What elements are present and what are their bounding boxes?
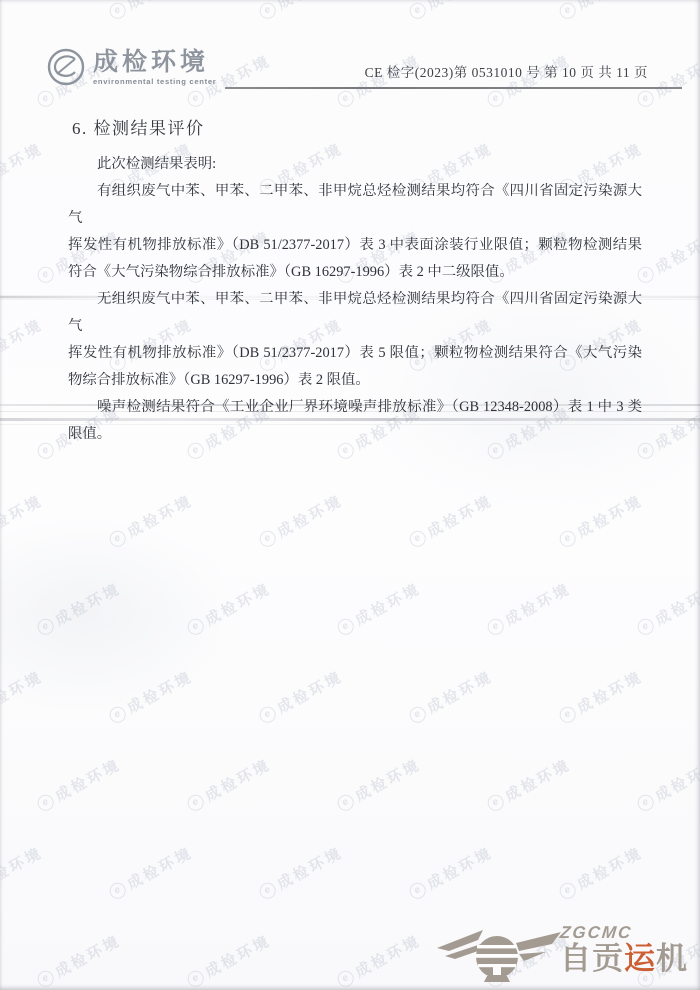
watermark-text: 成检环境 (273, 490, 346, 542)
scanned-report-page: e成检环境e成检环境e成检环境e成检环境e成检环境e成检环境e成检环境e成检环境… (0, 0, 700, 990)
watermark: e成检环境 (33, 930, 124, 990)
watermark-text: 成检环境 (0, 490, 47, 542)
watermark: e成检环境 (483, 754, 574, 816)
watermark-logo-icon: e (335, 968, 357, 990)
watermark-logo-icon: e (35, 616, 57, 638)
watermark-text: 成检环境 (123, 0, 196, 14)
watermark: e成检环境 (105, 0, 196, 23)
watermark-text: 成检环境 (0, 0, 47, 14)
watermark-text: 成检环境 (651, 226, 700, 278)
watermark-text: 成检环境 (351, 578, 424, 630)
watermark: e成检环境 (105, 666, 196, 728)
watermark: e成检环境 (183, 578, 274, 640)
logo-text-block: 成检环境 environmental testing center (93, 49, 216, 86)
watermark-logo-icon: e (257, 528, 279, 550)
watermark-logo-icon: e (35, 440, 57, 462)
watermark: e成检环境 (0, 314, 47, 376)
watermark: e成检环境 (0, 138, 47, 200)
watermark-text: 成检环境 (423, 842, 496, 894)
watermark: e成检环境 (0, 666, 47, 728)
watermark: e成检环境 (555, 490, 646, 552)
footer-name-accent: 运 (624, 941, 656, 976)
watermark-logo-icon: e (335, 792, 357, 814)
watermark-logo-icon: e (35, 88, 57, 110)
watermark-text: 成检环境 (0, 138, 47, 190)
watermark: e成检环境 (555, 842, 646, 904)
footer-name-suffix: 机 (656, 941, 688, 976)
body-text-line: 噪声检测结果符合《工业企业厂界环境噪声排放标准》（GB 12348-2008）表… (68, 394, 642, 421)
watermark-text: 成检环境 (123, 490, 196, 542)
body-text-line: 有组织废气中苯、甲苯、二甲苯、非甲烷总烃检测结果均符合《四川省固定污染源大气 (68, 178, 642, 232)
watermark-text: 成检环境 (651, 402, 700, 454)
watermark-text: 成检环境 (123, 666, 196, 718)
logo-leaf-circle-icon (46, 47, 86, 87)
watermark-text: 成检环境 (0, 666, 47, 718)
watermark-logo-icon: e (407, 528, 429, 550)
watermark-logo-icon: e (185, 968, 207, 990)
zgcmc-footer-logo: ZGCMC 自贡运机 (436, 924, 698, 988)
watermark-logo-icon: e (557, 0, 579, 21)
watermark-logo-icon: e (407, 880, 429, 902)
watermark: e成检环境 (255, 490, 346, 552)
watermark: e成检环境 (0, 0, 47, 23)
footer-logo-text: ZGCMC 自贡运机 (560, 924, 688, 975)
watermark: e成检环境 (555, 0, 646, 23)
watermark-text: 成检环境 (273, 666, 346, 718)
watermark-text: 成检环境 (573, 666, 646, 718)
watermark: e成检环境 (183, 930, 274, 990)
company-logo: 成检环境 environmental testing center (46, 47, 216, 87)
watermark-logo-icon: e (107, 704, 129, 726)
watermark: e成检环境 (0, 490, 47, 552)
body-text-line: 物综合排放标准》（GB 16297-1996）表 2 限值。 (68, 367, 642, 394)
watermark-text: 成检环境 (51, 930, 124, 982)
watermark-logo-icon: e (407, 0, 429, 21)
logo-english-name: environmental testing center (93, 77, 216, 86)
watermark-logo-icon: e (557, 880, 579, 902)
watermark-text: 成检环境 (51, 754, 124, 806)
watermark-logo-icon: e (407, 704, 429, 726)
watermark-text: 成检环境 (573, 0, 646, 14)
watermark-text: 成检环境 (651, 578, 700, 630)
watermark-text: 成检环境 (351, 930, 424, 982)
report-number-and-page: CE 检字(2023)第 0531010 号 第 10 页 共 11 页 (365, 61, 648, 81)
watermark: e成检环境 (0, 842, 47, 904)
watermark-logo-icon: e (335, 616, 357, 638)
watermark-logo-icon: e (485, 88, 507, 110)
watermark-logo-icon: e (35, 968, 57, 990)
watermark-logo-icon: e (485, 616, 507, 638)
watermark: e成检环境 (405, 0, 496, 23)
watermark-logo-icon: e (635, 88, 657, 110)
watermark: e成检环境 (483, 578, 574, 640)
watermark-logo-icon: e (335, 88, 357, 110)
watermark: e成检环境 (405, 666, 496, 728)
watermark-logo-icon: e (35, 264, 57, 286)
watermark-logo-icon: e (557, 528, 579, 550)
watermark: e成检环境 (255, 666, 346, 728)
watermark: e成检环境 (333, 578, 424, 640)
watermark-logo-icon: e (557, 704, 579, 726)
watermark-text: 成检环境 (573, 490, 646, 542)
body-text-line: 符合《大气污染物综合排放标准》（GB 16297-1996）表 2 中二级限值。 (68, 259, 642, 286)
watermark-text: 成检环境 (123, 842, 196, 894)
watermark-text: 成检环境 (651, 754, 700, 806)
watermark-logo-icon: e (257, 880, 279, 902)
footer-logo-acronym: ZGCMC (559, 924, 689, 942)
body-text-line: 无组织废气中苯、甲苯、二甲苯、非甲烷总烃检测结果均符合《四川省固定污染源大气 (68, 286, 642, 340)
watermark: e成检环境 (183, 754, 274, 816)
watermark-text: 成检环境 (201, 578, 274, 630)
watermark-text: 成检环境 (501, 578, 574, 630)
watermark: e成检环境 (333, 930, 424, 990)
watermark-text: 成检环境 (423, 0, 496, 14)
watermark-text: 成检环境 (423, 666, 496, 718)
watermark-text: 成检环境 (273, 842, 346, 894)
winged-winch-emblem-icon (436, 924, 562, 986)
watermark-logo-icon: e (257, 704, 279, 726)
watermark-text: 成检环境 (351, 754, 424, 806)
watermark: e成检环境 (555, 666, 646, 728)
watermark-text: 成检环境 (0, 314, 47, 366)
body-text-line: 挥发性有机物排放标准》（DB 51/2377-2017）表 5 限值；颗粒物检测… (68, 340, 642, 367)
watermark-logo-icon: e (107, 880, 129, 902)
watermark-logo-icon: e (185, 88, 207, 110)
watermark: e成检环境 (333, 754, 424, 816)
watermark: e成检环境 (405, 842, 496, 904)
watermark-text: 成检环境 (0, 842, 47, 894)
watermark-layer: e成检环境e成检环境e成检环境e成检环境e成检环境e成检环境e成检环境e成检环境… (0, 0, 700, 990)
body-text-line: 此次检测结果表明: (68, 151, 642, 178)
watermark-text: 成检环境 (201, 930, 274, 982)
watermark: e成检环境 (633, 578, 700, 640)
watermark: e成检环境 (633, 402, 700, 464)
body-text-line: 挥发性有机物排放标准》（DB 51/2377-2017）表 3 中表面涂装行业限… (68, 232, 642, 259)
footer-logo-chinese-name: 自贡运机 (560, 942, 688, 975)
watermark: e成检环境 (105, 490, 196, 552)
watermark: e成检环境 (633, 226, 700, 288)
watermark-logo-icon: e (185, 792, 207, 814)
watermark-logo-icon: e (485, 792, 507, 814)
watermark-logo-icon: e (257, 0, 279, 21)
watermark: e成检环境 (33, 754, 124, 816)
report-text-block: 此次检测结果表明:有组织废气中苯、甲苯、二甲苯、非甲烷总烃检测结果均符合《四川省… (68, 151, 642, 448)
watermark: e成检环境 (33, 578, 124, 640)
watermark: e成检环境 (633, 754, 700, 816)
watermark-text: 成检环境 (651, 50, 700, 102)
watermark-text: 成检环境 (201, 754, 274, 806)
watermark-logo-icon: e (635, 616, 657, 638)
watermark-logo-icon: e (185, 616, 207, 638)
watermark: e成检环境 (255, 842, 346, 904)
watermark-logo-icon: e (635, 792, 657, 814)
watermark-text: 成检环境 (501, 754, 574, 806)
watermark: e成检环境 (405, 490, 496, 552)
watermark-text: 成检环境 (273, 0, 346, 14)
watermark-logo-icon: e (35, 792, 57, 814)
footer-name-prefix: 自贡 (560, 941, 624, 976)
watermark-logo-icon: e (107, 528, 129, 550)
watermark-logo-icon: e (107, 0, 129, 21)
watermark: e成检环境 (105, 842, 196, 904)
section-title: 6. 检测结果评价 (72, 114, 205, 139)
watermark: e成检环境 (255, 0, 346, 23)
watermark-text: 成检环境 (51, 578, 124, 630)
logo-chinese-name: 成检环境 (93, 49, 216, 75)
header-divider (225, 87, 682, 89)
watermark-text: 成检环境 (573, 842, 646, 894)
watermark-text: 成检环境 (423, 490, 496, 542)
body-text-line: 限值。 (68, 421, 642, 448)
